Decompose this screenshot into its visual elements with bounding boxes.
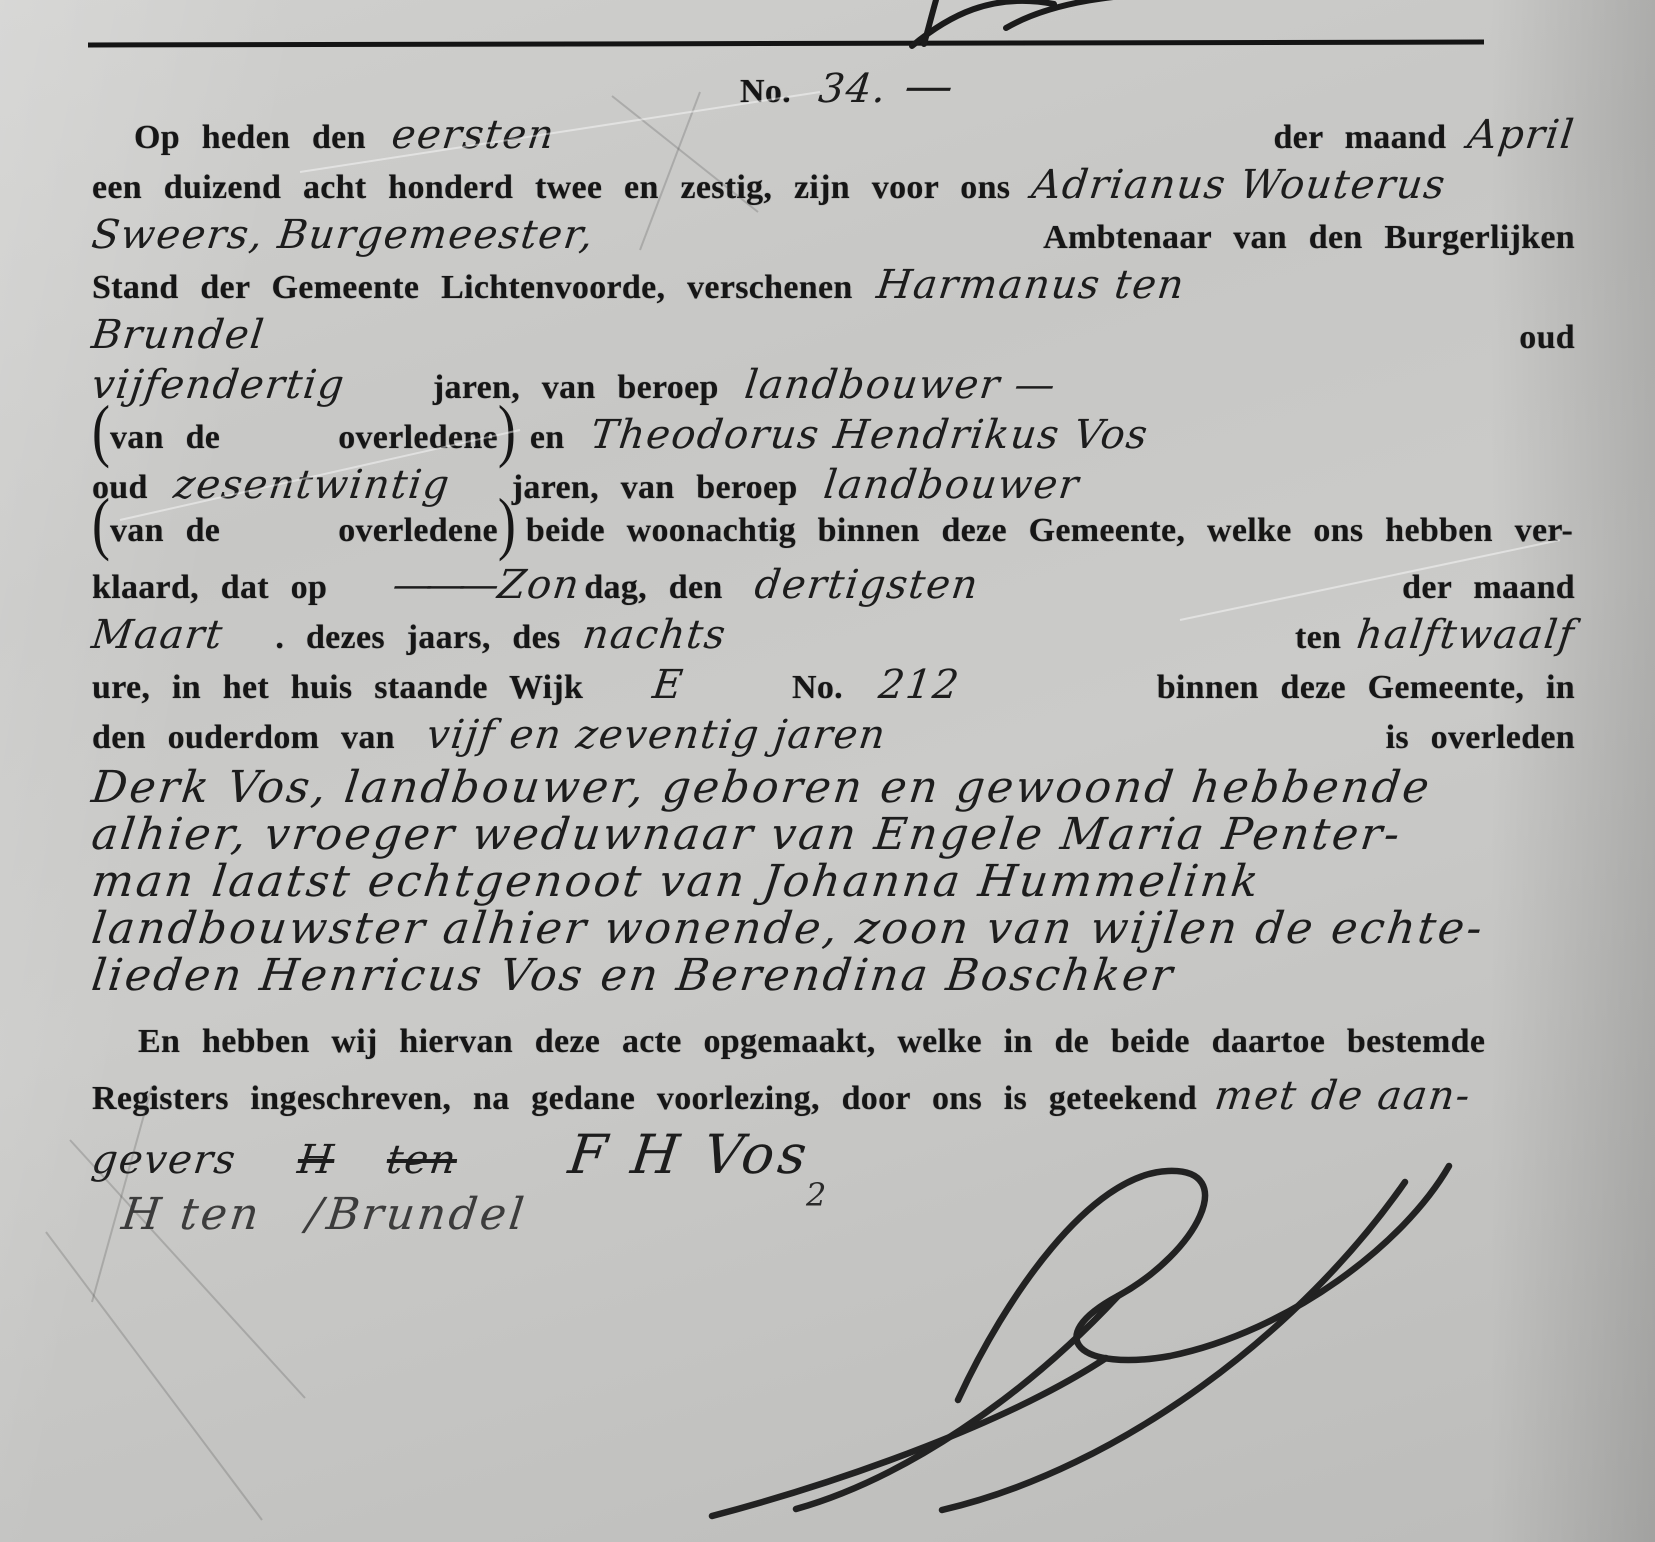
printed-form-text: jaren, van beroep — [512, 469, 798, 507]
handwritten-age-declarant-1: vijfendertig — [89, 362, 348, 408]
handwritten-closing: met de aan- — [1212, 1073, 1474, 1119]
handwritten-deceased-details: alhier, vroeger weduwnaar van Engele Mar… — [89, 809, 1405, 860]
handwritten-age-of-deceased: vijf en zeventig jaren — [424, 712, 889, 758]
printed-form-text: beide woonachtig binnen deze Gemeente, w… — [526, 512, 1573, 550]
printed-form-text: is overleden — [1386, 719, 1575, 757]
act-line: geversHtenF H Vos — [92, 1123, 1575, 1189]
act-line: Derk Vos, landbouwer, geboren en gewoond… — [92, 762, 1575, 809]
signature-h-ten-brundel: Brundel — [324, 1189, 530, 1240]
act-line: Maart. dezes jaars, desnachtstenhalftwaa… — [92, 612, 1575, 662]
handwritten-occupation-2: landbouwer — [821, 462, 1082, 508]
act-line: ure, in het huis staande WijkENo.212binn… — [92, 662, 1575, 712]
act-sheet: No. 34. — Op heden deneerstender maandAp… — [0, 0, 1655, 1249]
act-number-value: 34. — [816, 66, 890, 112]
scanned-death-certificate: { "header": { "number_label": "No.", "nu… — [0, 0, 1655, 1542]
handwritten-deceased-details: landbouwster alhier wonende, zoon van wi… — [89, 903, 1487, 954]
act-line: den ouderdom vanvijf en zeventig jarenis… — [92, 712, 1575, 762]
handwritten-deceased-details: man laatst echtgenoot van Johanna Hummel… — [89, 856, 1264, 907]
act-line: H ten/Brundel — [92, 1189, 1575, 1249]
printed-form-text: binnen deze Gemeente, in — [1157, 669, 1575, 707]
handwritten-month: April — [1465, 112, 1577, 158]
printed-form-text: der maand — [1402, 569, 1575, 607]
act-line: oudzesentwintigjaren, van beroeplandbouw… — [92, 462, 1575, 512]
act-line: man laatst echtgenoot van Johanna Hummel… — [92, 856, 1575, 903]
act-line: Stand der Gemeente Lichtenvoorde, versch… — [92, 262, 1575, 312]
handwritten-occupation-1: landbouwer — — [742, 362, 1059, 408]
act-line: Registers ingeschreven, na gedane voorle… — [92, 1073, 1575, 1123]
printed-form-text: Stand der Gemeente Lichtenvoorde, versch… — [92, 269, 853, 307]
printed-form-text: Registers ingeschreven, na gedane voorle… — [92, 1080, 1197, 1118]
handwritten-deceased-name-details: Derk Vos, landbouwer, geboren en gewoond… — [89, 762, 1434, 813]
act-body: Op heden deneerstender maandAprileen dui… — [92, 112, 1575, 1249]
handwritten-declarant-1-name: Harmanus ten — [874, 262, 1188, 308]
printed-form-text: . dezes jaars, des — [275, 619, 560, 657]
printed-form-text: van de — [110, 419, 220, 457]
handwritten-day: eersten — [389, 112, 558, 158]
printed-form-text: en — [530, 419, 565, 457]
printed-form-text: overledene — [338, 419, 498, 457]
act-line: Brundeloud — [92, 312, 1575, 362]
act-line: alhier, vroeger weduwnaar van Engele Mar… — [92, 809, 1575, 856]
printed-form-text: der maand — [1273, 119, 1446, 157]
handwritten-district-letter: E — [650, 662, 686, 708]
printed-form-text: den ouderdom van — [92, 719, 395, 757]
printed-form-text: overledene — [338, 512, 498, 550]
handwritten-declarant-2-name: Theodorus Hendrikus Vos — [588, 412, 1151, 458]
handwritten-hour: halftwaalf — [1354, 612, 1577, 658]
handwritten-parents-names: lieden Henricus Vos en Berendina Boschke… — [89, 950, 1178, 1001]
printed-form-text: En hebben wij hiervan deze acte opgemaak… — [138, 1023, 1485, 1061]
handwritten-dash: ——— — [390, 562, 495, 608]
printed-form-text: jaren, van beroep — [433, 369, 719, 407]
act-line: Sweers, Burgemeester,Ambtenaar van den B… — [92, 212, 1575, 262]
act-line: een duizend acht honderd twee en zestig,… — [92, 162, 1575, 212]
printed-form-text: dag, den — [584, 569, 722, 607]
handwritten-month-of-death: Maart — [89, 612, 226, 658]
act-line: (van deoverledene)enTheodorus Hendrikus … — [92, 412, 1575, 462]
printed-form-text: klaard, dat op — [92, 569, 327, 607]
act-number-label: No. — [740, 73, 791, 111]
handwritten-official-surname: Sweers, Burgemeester, — [89, 212, 597, 258]
handwritten-declarant-1-surname: Brundel — [89, 312, 267, 358]
signature-f-h-vos: F H Vos — [565, 1123, 814, 1186]
act-number-flourish: — — [902, 58, 958, 114]
signature-h-ten-brundel: H ten — [119, 1189, 265, 1240]
printed-form-text: ten — [1295, 619, 1341, 657]
printed-form-text: een duizend acht honderd twee en zestig,… — [92, 169, 1010, 207]
struck-through-text: H — [295, 1137, 337, 1183]
struck-through-text: ten — [384, 1137, 460, 1183]
handwritten-house-number: 212 — [876, 662, 963, 708]
printed-form-text: Ambtenaar van den Burgerlijken — [1043, 219, 1575, 257]
handwritten-weekday: Zon — [495, 562, 583, 608]
act-line: landbouwster alhier wonende, zoon van wi… — [92, 903, 1575, 950]
printed-form-text: Op heden den — [134, 119, 366, 157]
act-line: Op heden deneerstender maandApril — [92, 112, 1575, 162]
handwritten-date-of-death: dertigsten — [752, 562, 982, 608]
printed-form-text: oud — [1519, 319, 1575, 357]
act-line: lieden Henricus Vos en Berendina Boschke… — [92, 950, 1575, 997]
printed-form-text: ure, in het huis staande Wijk — [92, 669, 583, 707]
act-number-row: No. 34. — — [92, 58, 1575, 112]
act-line: En hebben wij hiervan deze acte opgemaak… — [92, 1023, 1575, 1073]
act-line: klaard, dat op———Zondag, dendertigstende… — [92, 562, 1575, 612]
handwritten-time-of-day: nachts — [580, 612, 729, 658]
act-line: (van deoverledene)beide woonachtig binne… — [92, 512, 1575, 562]
page-mark: 2 — [806, 1176, 826, 1214]
printed-form-text: No. — [792, 669, 843, 707]
handwritten-age-declarant-2: zesentwintig — [171, 462, 453, 508]
handwritten-closing-2: gevers — [89, 1137, 239, 1183]
act-line: vijfendertigjaren, van beroeplandbouwer … — [92, 362, 1575, 412]
handwritten-official-firstnames: Adrianus Wouterus — [1030, 162, 1450, 208]
printed-form-text: van de — [110, 512, 220, 550]
